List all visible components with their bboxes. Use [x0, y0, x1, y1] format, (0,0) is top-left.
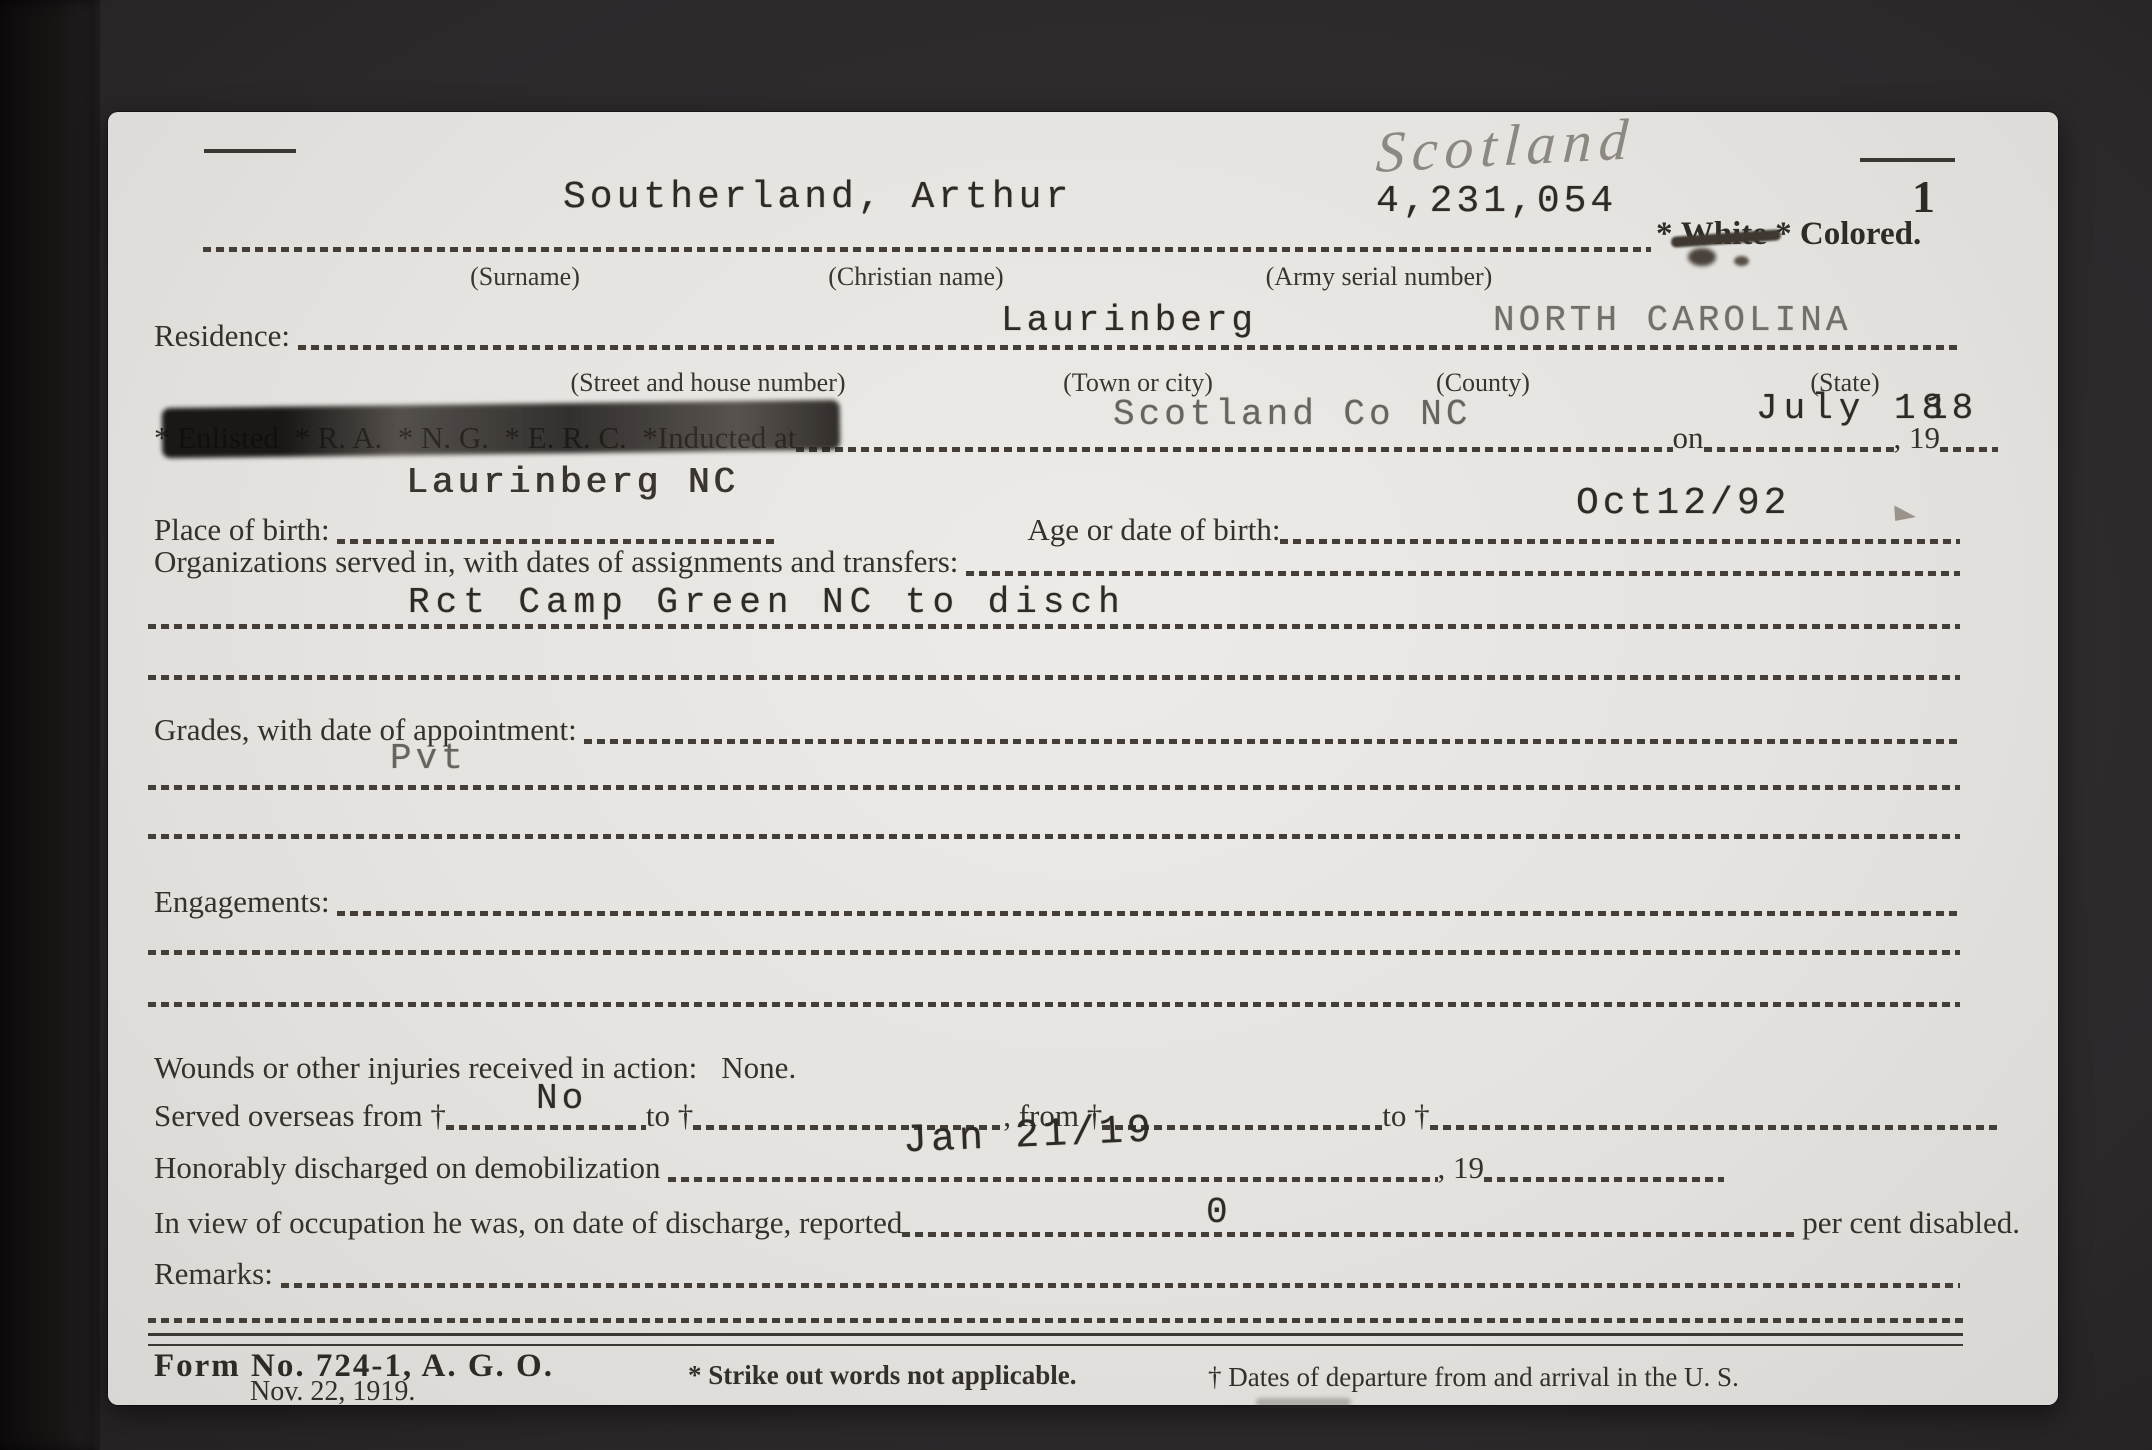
street-label: (Street and house number) [508, 368, 908, 398]
pencil-dot [1734, 256, 1749, 266]
dotted-line [668, 1177, 1437, 1182]
induction-date-typed: July 18 [1756, 388, 1949, 429]
residence-label: Residence: [154, 318, 298, 354]
wounds-label: Wounds or other injuries received in act… [154, 1050, 697, 1086]
engagements-row: Engagements: [154, 884, 1960, 920]
discharge-label: Honorably discharged on demobilization [154, 1150, 668, 1186]
top-left-mark [204, 149, 296, 153]
blank-line [148, 785, 1960, 790]
dotted-line [1704, 447, 1894, 452]
organizations-label: Organizations served in, with dates of a… [154, 544, 966, 580]
redaction-smudge [162, 400, 841, 458]
disability-row: In view of occupation he was, on date of… [154, 1205, 2020, 1241]
dotted-line [298, 345, 1960, 350]
wounds-row: Wounds or other injuries received in act… [154, 1050, 796, 1086]
dotted-line [584, 739, 1960, 744]
service-record-card: Scotland Southerland, Arthur 4,231,054 1… [108, 112, 2058, 1405]
engagements-label: Engagements: [154, 884, 337, 920]
dotted-line [446, 1125, 646, 1130]
grade-typed: Pvt [390, 738, 467, 779]
race-colored-label: Colored. [1800, 216, 1921, 252]
induction-year-typed: 18 [1926, 388, 1977, 429]
residence-town-typed: Laurinberg [1001, 300, 1257, 341]
dagger-note: † Dates of departure from and arrival in… [1208, 1362, 1739, 1393]
place-of-birth-label: Place of birth: [154, 512, 337, 548]
blank-line [148, 1002, 1960, 1007]
race-white-struck: White [1681, 216, 1767, 253]
pencil-county-note: Scotland [1374, 105, 1636, 186]
overseas-label: Served overseas from † [154, 1098, 446, 1134]
dotted-line [902, 1232, 1794, 1237]
surname-label: (Surname) [375, 262, 675, 292]
footer-double-rule [148, 1333, 1963, 1346]
organizations-typed: Rct Camp Green NC to disch [408, 582, 1126, 623]
birth-place-typed: Laurinberg NC [406, 462, 739, 503]
dotted-line [1430, 1125, 2000, 1130]
serial-typed: 4,231,054 [1376, 180, 1617, 223]
remarks-row: Remarks: [154, 1256, 1960, 1292]
induction-place-typed: Scotland Co NC [1113, 394, 1471, 435]
dotted-line [796, 447, 1672, 452]
print-artifact [1256, 1398, 1351, 1407]
race-line: * White * Colored. [1656, 216, 1921, 253]
overseas-to2-label: to † [1382, 1098, 1429, 1134]
dotted-line [966, 571, 1960, 576]
form-date: Nov. 22, 1919. [250, 1376, 415, 1408]
organizations-row: Organizations served in, with dates of a… [154, 544, 1960, 580]
blank-line [148, 950, 1960, 955]
army-serial-label: (Army serial number) [1179, 262, 1579, 292]
dotted-line [1940, 447, 1998, 452]
residence-state-typed: NORTH CAROLINA [1493, 300, 1851, 341]
dotted-line [337, 911, 1960, 916]
spacer [777, 539, 1027, 540]
on-label: on [1673, 420, 1704, 456]
footer-dashed-rule [148, 1318, 1963, 1323]
blank-line [148, 834, 1960, 839]
dotted-line [281, 1283, 1960, 1288]
pencil-blob [1688, 248, 1716, 266]
disability-label: In view of occupation he was, on date of… [154, 1205, 902, 1241]
grades-label: Grades, with date of appointment: [154, 712, 584, 748]
blank-line [148, 624, 1960, 629]
dotted-line [1484, 1177, 1724, 1182]
disability-suffix: per cent disabled. [1794, 1205, 2020, 1241]
binder-edge [0, 0, 100, 1450]
overseas-from-typed: No [536, 1078, 587, 1119]
strike-out-note: * Strike out words not applicable. [688, 1360, 1077, 1391]
wounds-value: None. [721, 1050, 796, 1086]
name-typed: Southerland, Arthur [563, 176, 1072, 219]
christian-name-label: (Christian name) [766, 262, 1066, 292]
birth-date-typed: Oct12/92 [1576, 482, 1790, 525]
overseas-to-label: to † [646, 1098, 693, 1134]
remarks-label: Remarks: [154, 1256, 281, 1292]
blank-line [148, 675, 1960, 680]
spacer [697, 1077, 721, 1078]
page-number-overline [1860, 158, 1955, 162]
photo-stage: Scotland Southerland, Arthur 4,231,054 1… [0, 0, 2152, 1450]
discharge-year-blank: , 19 [1438, 1150, 1485, 1186]
age-label: Age or date of birth: [1027, 512, 1280, 548]
name-underline [203, 247, 1651, 252]
disability-value-typed: 0 [1206, 1192, 1232, 1233]
